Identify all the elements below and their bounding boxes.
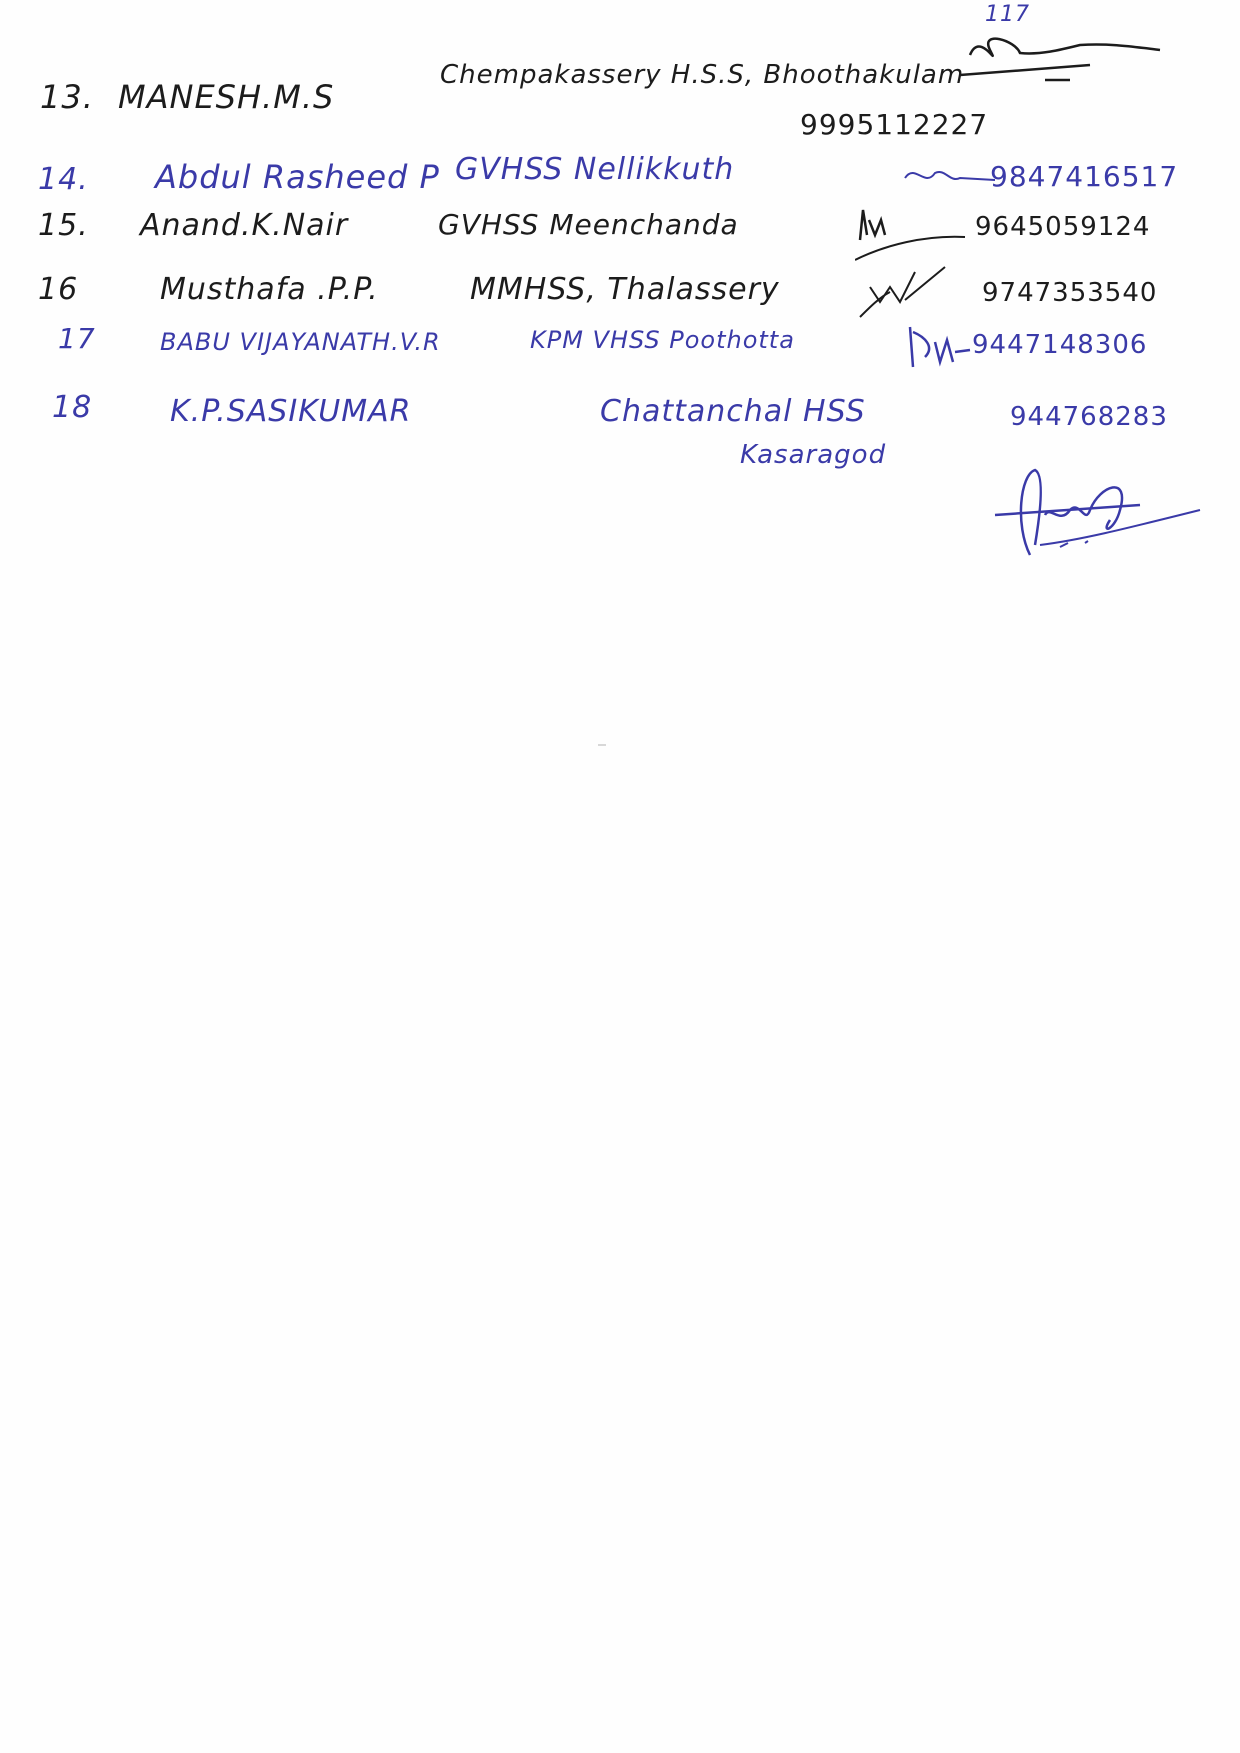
entry-school: KPM VHSS Poothotta bbox=[530, 326, 795, 354]
entry-serial: 13. bbox=[40, 78, 94, 116]
entry-name: MANESH.M.S bbox=[118, 78, 334, 116]
signature-icon bbox=[850, 262, 960, 322]
entry-school: GVHSS Nellikkuth bbox=[455, 152, 734, 187]
entry-phone: 9447148306 bbox=[972, 330, 1147, 360]
entry-school: Chattanchal HSS bbox=[600, 394, 866, 429]
entry-phone: 9847416517 bbox=[990, 160, 1178, 193]
entry-school: GVHSS Meenchanda bbox=[438, 208, 739, 241]
entry-school: Chempakassery H.S.S, Bhoothakulam bbox=[440, 60, 964, 90]
signature-icon bbox=[960, 25, 1180, 85]
entry-serial: 14. bbox=[38, 162, 89, 197]
entry-name: Anand.K.Nair bbox=[140, 208, 348, 243]
signature-icon bbox=[905, 322, 975, 372]
signature-icon bbox=[855, 205, 975, 265]
entry-serial: 18 bbox=[52, 390, 92, 425]
signature-icon bbox=[990, 455, 1210, 565]
page-mark: 117 bbox=[985, 2, 1030, 27]
entry-school: MMHSS, Thalassery bbox=[470, 272, 780, 307]
document-page: 117 13. MANESH.M.S Chempakassery H.S.S, … bbox=[0, 0, 1240, 1753]
entry-phone: 9747353540 bbox=[982, 278, 1157, 308]
entry-school-line2: Kasaragod bbox=[740, 440, 886, 470]
entry-phone: 944768283 bbox=[1010, 402, 1168, 432]
entry-serial: 15. bbox=[38, 208, 89, 243]
entry-phone: 9645059124 bbox=[975, 212, 1150, 242]
entry-serial: 17 bbox=[58, 322, 96, 355]
scan-speck bbox=[598, 744, 606, 746]
entry-name: BABU VIJAYANATH.V.R bbox=[160, 328, 441, 356]
signature-icon bbox=[900, 158, 1000, 198]
entry-name: Musthafa .P.P. bbox=[160, 272, 379, 307]
entry-phone: 9995112227 bbox=[800, 108, 988, 141]
entry-name: Abdul Rasheed P bbox=[155, 158, 440, 196]
entry-name: K.P.SASIKUMAR bbox=[170, 394, 412, 429]
entry-serial: 16 bbox=[38, 272, 78, 307]
